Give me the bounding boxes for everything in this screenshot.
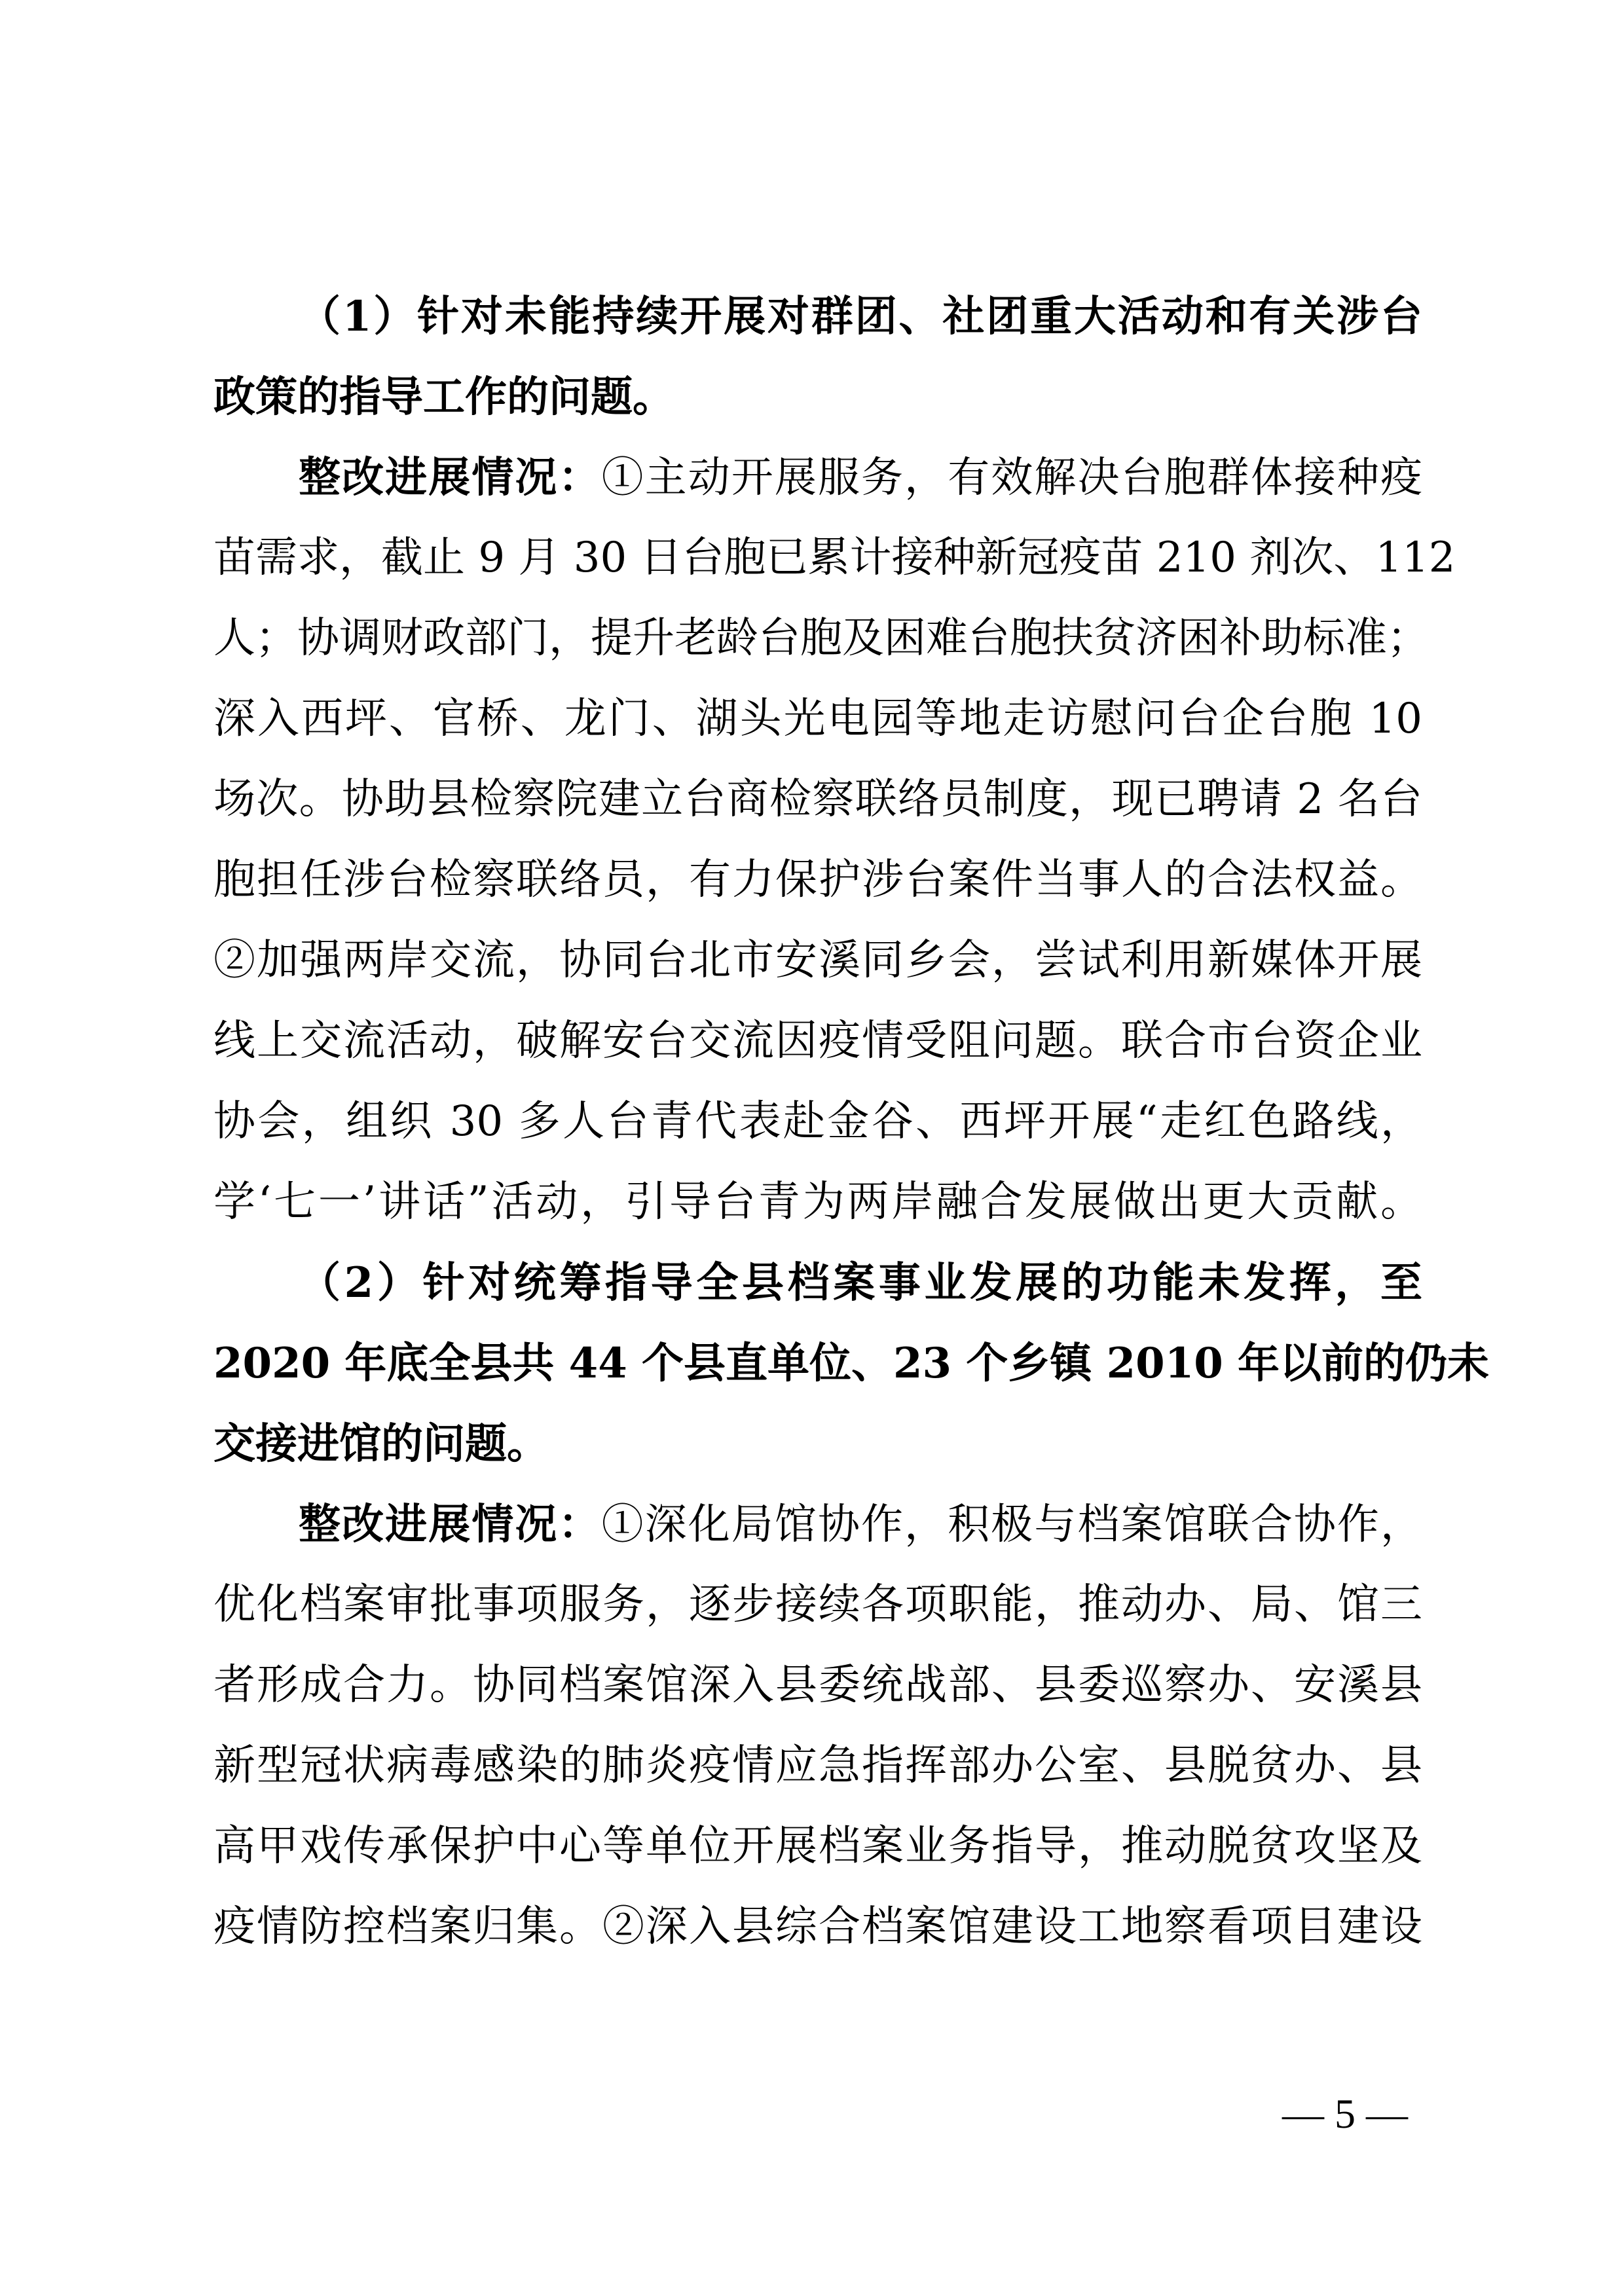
paragraph-line: 胞担任涉台检察联络员，有力保护涉台案件当事人的合法权益。 (213, 840, 1422, 920)
paragraph-text: ①深化局馆协作，积极与档案馆联合协作， (602, 1501, 1422, 1549)
paragraph-line: 苗需求，截止 9 月 30 日台胞已累计接种新冠疫苗 210 剂次、112 (213, 518, 1422, 598)
paragraph-line: 协会，组织 30 多人台青代表赴金谷、西坪开展“走红色路线， (213, 1082, 1422, 1162)
progress-label: 整改进展情况： (299, 453, 602, 502)
paragraph-line: 新型冠状病毒感染的肺炎疫情应急指挥部办公室、县脱贫办、县 (213, 1726, 1422, 1806)
progress-paragraph-1: 整改进展情况：①主动开展服务，有效解决台胞群体接种疫 苗需求，截止 9 月 30… (213, 437, 1422, 1243)
heading-line: 2020 年底全县共 44 个县直单位、23 个乡镇 2010 年以前的仍未 (213, 1323, 1422, 1404)
section-heading-1: （1）针对未能持续开展对群团、社团重大活动和有关涉台 政策的指导工作的问题。 (213, 276, 1422, 437)
heading-line: （2）针对统筹指导全县档案事业发展的功能未发挥，至 (213, 1243, 1422, 1323)
progress-label: 整改进展情况： (299, 1500, 602, 1549)
heading-line: 交接进馆的问题。 (213, 1404, 1422, 1484)
paragraph-line: 疫情防控档案归集。②深入县综合档案馆建设工地察看项目建设 (213, 1887, 1422, 1967)
heading-line: （1）针对未能持续开展对群团、社团重大活动和有关涉台 (213, 276, 1422, 357)
paragraph-line: 整改进展情况：①主动开展服务，有效解决台胞群体接种疫 (213, 437, 1422, 518)
document-page: （1）针对未能持续开展对群团、社团重大活动和有关涉台 政策的指导工作的问题。 整… (0, 0, 1624, 2296)
heading-line: 政策的指导工作的问题。 (213, 357, 1422, 437)
paragraph-line: 人；协调财政部门，提升老龄台胞及困难台胞扶贫济困补助标准； (213, 598, 1422, 679)
paragraph-line: 线上交流活动，破解安台交流因疫情受阻问题。联合市台资企业 (213, 1001, 1422, 1082)
paragraph-line: ②加强两岸交流，协同台北市安溪同乡会，尝试利用新媒体开展 (213, 920, 1422, 1001)
paragraph-line: 学‘七一’讲话”活动，引导台青为两岸融合发展做出更大贡献。 (213, 1162, 1422, 1243)
paragraph-line: 整改进展情况：①深化局馆协作，积极与档案馆联合协作， (213, 1484, 1422, 1565)
progress-paragraph-2: 整改进展情况：①深化局馆协作，积极与档案馆联合协作， 优化档案审批事项服务，逐步… (213, 1484, 1422, 1967)
paragraph-line: 深入西坪、官桥、龙门、湖头光电园等地走访慰问台企台胞 10 (213, 679, 1422, 759)
paragraph-line: 者形成合力。协同档案馆深入县委统战部、县委巡察办、安溪县 (213, 1645, 1422, 1726)
document-body: （1）针对未能持续开展对群团、社团重大活动和有关涉台 政策的指导工作的问题。 整… (213, 276, 1422, 1967)
paragraph-line: 场次。协助县检察院建立台商检察联络员制度，现已聘请 2 名台 (213, 759, 1422, 840)
paragraph-text: ①主动开展服务，有效解决台胞群体接种疫 (602, 454, 1422, 502)
paragraph-line: 高甲戏传承保护中心等单位开展档案业务指导，推动脱贫攻坚及 (213, 1806, 1422, 1887)
page-number: — 5 — (1282, 2090, 1408, 2138)
section-heading-2: （2）针对统筹指导全县档案事业发展的功能未发挥，至 2020 年底全县共 44 … (213, 1243, 1422, 1484)
paragraph-line: 优化档案审批事项服务，逐步接续各项职能，推动办、局、馆三 (213, 1565, 1422, 1645)
